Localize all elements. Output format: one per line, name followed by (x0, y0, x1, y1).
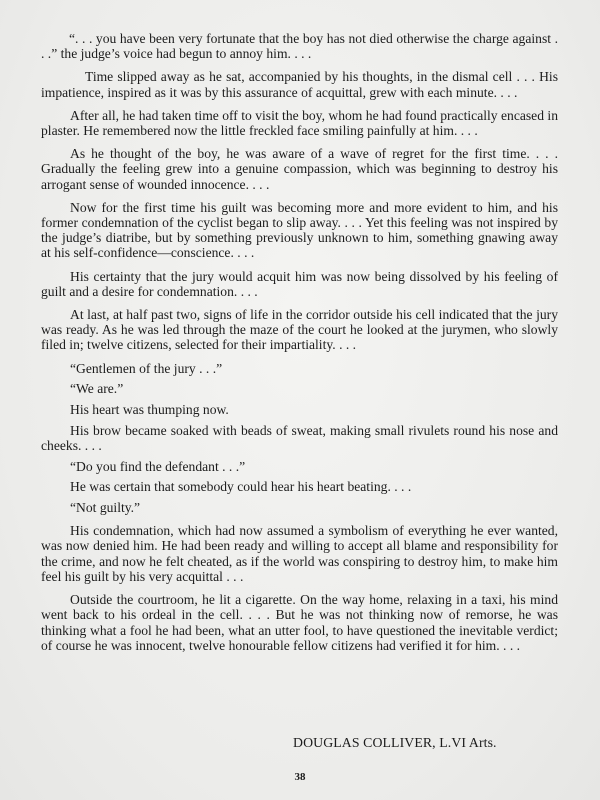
author-signature: DOUGLAS COLLIVER, L.VI Arts. (293, 735, 497, 751)
paragraph: His brow became soaked with beads of swe… (41, 423, 558, 453)
paragraph: His heart was thumping now. (41, 402, 558, 417)
dialogue-line: “Do you find the defendant . . .” (41, 459, 558, 474)
paragraph: His condemnation, which had now assumed … (41, 523, 558, 584)
paragraph: “. . . you have been very fortunate that… (41, 31, 558, 61)
page-number: 38 (0, 771, 600, 783)
document-page: “. . . you have been very fortunate that… (0, 0, 600, 800)
paragraph: His certainty that the jury would acquit… (41, 269, 558, 299)
paragraph: After all, he had taken time off to visi… (41, 108, 558, 138)
dialogue-line: “We are.” (41, 381, 558, 396)
paragraph: Time slipped away as he sat, accompanied… (41, 69, 558, 99)
paragraph: Outside the courtroom, he lit a cigarett… (41, 592, 558, 653)
dialogue-line: “Not guilty.” (41, 500, 558, 515)
dialogue-line: “Gentlemen of the jury . . .” (41, 361, 558, 376)
paragraph: At last, at half past two, signs of life… (41, 307, 558, 353)
paragraph: Now for the first time his guilt was bec… (41, 200, 558, 261)
story-body: “. . . you have been very fortunate that… (41, 31, 558, 661)
paragraph: He was certain that somebody could hear … (41, 479, 558, 494)
paragraph: As he thought of the boy, he was aware o… (41, 146, 558, 192)
